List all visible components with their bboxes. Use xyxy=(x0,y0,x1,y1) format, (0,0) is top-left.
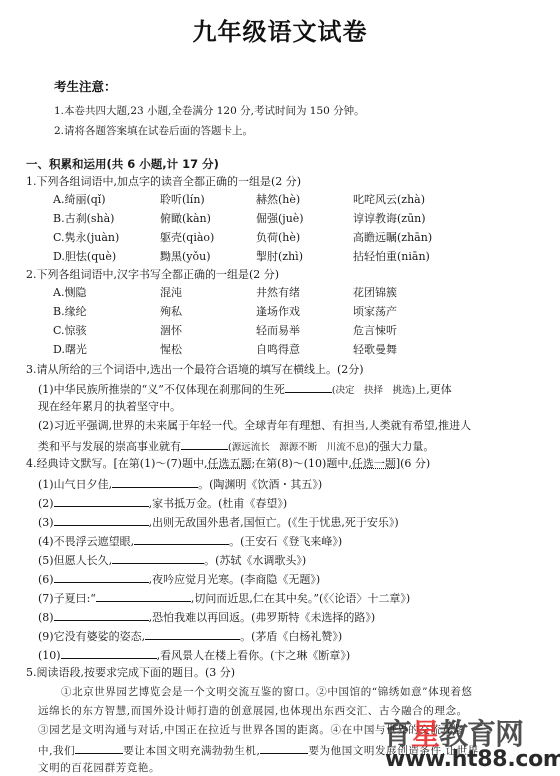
option-label: C. xyxy=(53,231,65,244)
q4-blank-4[interactable] xyxy=(134,532,229,545)
option-label: D. xyxy=(53,250,65,263)
q4-blank-2[interactable] xyxy=(54,494,149,507)
q4-line-8: (8),恐怕我难以再回返。(弗罗斯特《未选择的路》) xyxy=(38,608,375,626)
option-item: 危言悚听 xyxy=(353,323,397,339)
q4-line-4: (4)不畏浮云遮望眼,。(王安石《登飞来峰》) xyxy=(38,532,342,550)
option-label: D. xyxy=(53,343,65,356)
page-title: 九年级语文试卷 xyxy=(0,12,560,47)
q3-stem: 3.请从所给的三个词语中,选出一个最符合语境的填写在横线上。(2分) xyxy=(26,362,364,378)
option-item: 谆谆教诲(zūn) xyxy=(353,211,426,227)
option-item: 掣肘(zhì) xyxy=(256,249,303,265)
section-heading: 一、积累和运用(共 6 小题,计 17 分) xyxy=(26,156,219,172)
notice-item-1: 1.本卷共四大题,23 小题,全卷满分 120 分,考试时间为 150 分钟。 xyxy=(54,101,365,121)
q3-part1-text: (1)中华民族所推崇的“义”不仅体现在刹那间的生死 xyxy=(38,383,285,396)
option-label: C. xyxy=(53,324,65,337)
option-item: 自鸣得意 xyxy=(256,342,300,358)
q5-line4-b: 要让本国文明充满勃勃生机, xyxy=(123,745,260,757)
option-label: A. xyxy=(53,286,64,299)
q4-line-1: (1)山气日夕佳,。(陶渊明《饮酒・其五》) xyxy=(38,475,322,493)
q5-passage-line-5: 文明的百花园群芳竞艳。 xyxy=(38,760,160,776)
option-item: 涸怀 xyxy=(160,323,182,339)
option-item: 俯瞰(kàn) xyxy=(160,211,211,227)
q3-part2-choices: (源远流长 源源不断 川流不息) xyxy=(228,442,368,453)
option-item: 高瞻远瞩(zhān) xyxy=(353,230,432,246)
exam-notice: 考生注意： 1.本卷共四大题,23 小题,全卷满分 120 分,考试时间为 15… xyxy=(54,77,365,141)
q4-line-5: (5)但愿人长久,。(苏轼《水调歌头》) xyxy=(38,551,306,569)
line-pre: (2) xyxy=(38,497,54,510)
option-item: 顷家荡产 xyxy=(353,304,397,320)
q5-line4-a: 中,我们 xyxy=(38,745,75,757)
q4-blank-7[interactable] xyxy=(96,589,191,602)
q4-line-9: (9)它没有婆娑的姿态,。(茅盾《白杨礼赞》) xyxy=(38,627,342,645)
q5-passage-line-2: 远绵长的东方智慧,而国外设计师打造的创意展园,也体现出东西交汇、古今融合的理念。 xyxy=(38,703,468,719)
line-pre: (9)它没有婆娑的姿态, xyxy=(38,630,145,643)
q4-stem: 4.经典诗文默写。[在第(1)～(7)题中,任选五题;在第(8)～(10)题中,… xyxy=(26,456,430,472)
option-item: 胆怯(què) xyxy=(65,250,116,263)
q3-blank-2[interactable] xyxy=(181,437,228,450)
notice-heading: 考生注意： xyxy=(54,77,365,95)
notice-item-2: 2.请将各题答案填在试卷后面的答题卡上。 xyxy=(54,121,365,141)
q5-blank-1[interactable] xyxy=(75,741,123,754)
option-item: 缘纶 xyxy=(65,305,87,318)
q3-part2: (2)习近平强调,世界的未来属于年轻一代。全球青年有理想、有担当,人类就有希望,… xyxy=(38,418,471,434)
q1-stem: 1.下列各组词语中,加点字的读音全都正确的一组是(2 分) xyxy=(26,174,301,190)
q4-blank-10[interactable] xyxy=(61,646,157,659)
line-post: ,恐怕我难以再回返。(弗罗斯特《未选择的路》) xyxy=(149,611,376,624)
q4-stem-b: ;在第(8)～(10)题中, xyxy=(251,457,351,470)
option-item: 惺松 xyxy=(160,342,182,358)
option-item: 井然有绪 xyxy=(256,285,300,301)
q4-line-3: (3),出则无敌国外患者,国恒亡。(《生于忧患,死于安乐》) xyxy=(38,513,399,531)
q4-line-6: (6),夜吟应觉月光寒。(李商隐《无题》) xyxy=(38,570,320,588)
option-item: 倔强(juè) xyxy=(256,211,304,227)
q5-passage-line-1: ①北京世界园艺博览会是一个文明交流互鉴的窗口。②中国馆的“锦绣如意”体现着悠 xyxy=(61,684,473,700)
q5-passage-line-4: 中,我们要让本国文明充满勃勃生机,要为他国文明发展创造条件,让世界 xyxy=(38,741,479,759)
q4-stem-emphasis-1: 任选五题 xyxy=(207,457,251,470)
q5-passage-line-3: ③园艺是文明沟通与对话,中国正在拉近与世界各国的距离。④在中国与世界的交流互鉴 xyxy=(38,722,464,738)
q4-blank-1[interactable] xyxy=(112,475,198,488)
q4-line-2: (2),家书抵万金。(杜甫《春望》) xyxy=(38,494,287,512)
q3-part1-choices: (决定 抉择 挑选) xyxy=(332,385,415,396)
line-pre: (1)山气日夕佳, xyxy=(38,478,112,491)
q2-stem: 2.下列各组词语中,汉字书写全都正确的一组是(2 分) xyxy=(26,267,279,283)
line-post: ,切问而近思,仁在其中矣。”(《〈论语〉十二章》) xyxy=(191,592,410,605)
q3-part1-cont: 现在经年累月的执着坚守中。 xyxy=(38,399,181,415)
q4-stem-emphasis-2: 任选一题 xyxy=(352,457,396,470)
line-pre: (3) xyxy=(38,516,54,529)
q3-part2-text: 类和平与发展的崇高事业就有 xyxy=(38,440,181,453)
option-item: 逢场作戏 xyxy=(256,304,300,320)
line-post: ,出则无敌国外患者,国恒亡。(《生于忧患,死于安乐》) xyxy=(149,516,399,529)
option-item: 绮丽(qǐ) xyxy=(64,193,105,206)
option-item: 拈轻怕重(niān) xyxy=(353,249,430,265)
option-item: 轻歌曼舞 xyxy=(353,342,397,358)
q5-blank-2[interactable] xyxy=(260,741,308,754)
option-item: 轻而易举 xyxy=(256,323,300,339)
q3-part2-cont: 类和平与发展的崇高事业就有(源远流长 源源不断 川流不息)的强大力量。 xyxy=(38,437,434,456)
line-pre: (5)但愿人长久, xyxy=(38,554,112,567)
q4-blank-3[interactable] xyxy=(54,513,149,526)
q3-part1: (1)中华民族所推崇的“义”不仅体现在刹那间的生死(决定 抉择 挑选)上,更体 xyxy=(38,380,452,399)
option-label: B. xyxy=(53,305,65,318)
q4-stem-a: 4.经典诗文默写。[在第(1)～(7)题中, xyxy=(26,457,207,470)
q4-stem-c: ](6 分) xyxy=(396,457,430,470)
line-pre: (7)子夏曰:“ xyxy=(38,592,96,605)
line-post: ,夜吟应觉月光寒。(李商隐《无题》) xyxy=(149,573,321,586)
option-item: 殉私 xyxy=(160,304,182,320)
q3-part2-text-c: 的强大力量。 xyxy=(368,440,434,453)
q5-stem: 5.阅读语段,按要求完成下面的题目。(3 分) xyxy=(26,665,235,681)
line-pre: (4)不畏浮云遮望眼, xyxy=(38,535,134,548)
option-item: 惊骇 xyxy=(65,324,87,337)
line-pre: (8) xyxy=(38,611,54,624)
option-item: 黝黑(yǒu) xyxy=(160,249,211,265)
option-item: 恻隐 xyxy=(64,286,86,299)
q5-line4-c: 要为他国文明发展创造条件,让世界 xyxy=(308,745,478,757)
line-post: 。(陶渊明《饮酒・其五》) xyxy=(198,478,322,491)
option-item: 混沌 xyxy=(160,285,182,301)
q4-line-10: (10),看风景人在楼上看你。(卞之琳《断章》) xyxy=(38,646,350,664)
option-item: 负荷(hè) xyxy=(256,230,300,246)
option-item: 隽永(juàn) xyxy=(65,231,120,244)
option-item: 聆听(lín) xyxy=(160,192,205,208)
q4-blank-6[interactable] xyxy=(54,570,149,583)
q4-line-7: (7)子夏曰:“,切问而近思,仁在其中矣。”(《〈论语〉十二章》) xyxy=(38,589,410,607)
option-item: 叱咤风云(zhà) xyxy=(353,192,425,208)
line-pre: (6) xyxy=(38,573,54,586)
line-post: 。(王安石《登飞来峰》) xyxy=(229,535,342,548)
option-item: 赫然(hè) xyxy=(256,192,300,208)
q4-blank-5[interactable] xyxy=(112,551,204,564)
option-label: B. xyxy=(53,212,65,225)
option-item: 花团锦簇 xyxy=(353,285,397,301)
option-label: A. xyxy=(53,193,64,206)
line-post: ,家书抵万金。(杜甫《春望》) xyxy=(149,497,288,510)
q4-blank-8[interactable] xyxy=(54,608,149,621)
line-post: ,看风景人在楼上看你。(卞之琳《断章》) xyxy=(157,649,351,662)
option-item: 古刹(shà) xyxy=(65,212,115,225)
q3-blank-1[interactable] xyxy=(285,380,332,393)
option-item: 曙光 xyxy=(65,343,87,356)
q4-blank-9[interactable] xyxy=(145,627,240,640)
option-item: 躯壳(qiào) xyxy=(160,230,214,246)
line-post: 。(苏轼《水调歌头》) xyxy=(204,554,306,567)
q3-part1-text-b: 上,更体 xyxy=(415,383,452,396)
line-pre: (10) xyxy=(38,649,61,662)
line-post: 。(茅盾《白杨礼赞》) xyxy=(240,630,342,643)
